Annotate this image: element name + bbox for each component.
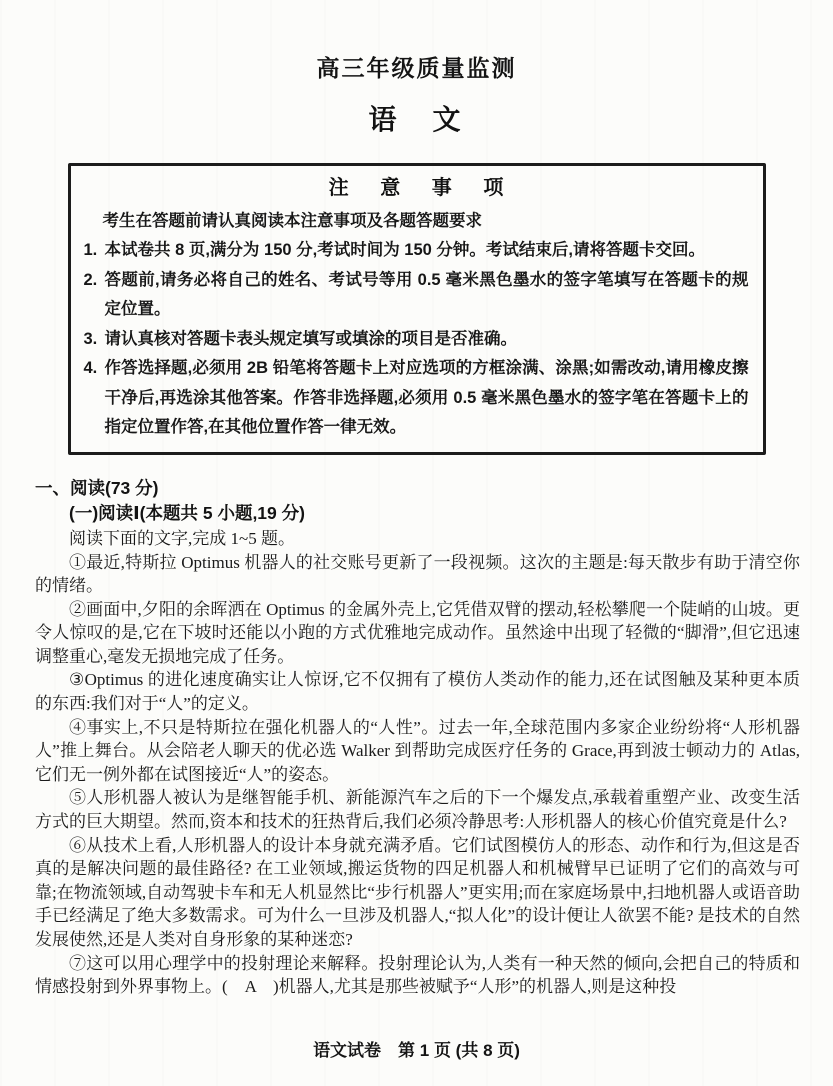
notice-item-1-number: 1. (84, 236, 105, 266)
passage-paragraph-3: ③Optimus 的进化速度确实让人惊讶,它不仅拥有了模仿人类动作的能力,还在试… (35, 668, 800, 715)
subject-title: 语 文 (0, 98, 833, 138)
notice-item-2: 2. 答题前,请务必将自己的姓名、考试号等用 0.5 毫米黑色墨水的签字笔填写在… (84, 266, 749, 325)
passage-paragraph-4: ④事实上,不只是特斯拉在强化机器人的“人性”。过去一年,全球范围内多家企业纷纷将… (35, 716, 800, 787)
notice-item-1-text: 本试卷共 8 页,满分为 150 分,考试时间为 150 分钟。考试结束后,请将… (105, 236, 749, 266)
exam-body: 一、阅读(73 分) (一)阅读Ⅰ(本题共 5 小题,19 分) 阅读下面的文字… (35, 476, 800, 999)
page-footer: 语文试卷 第 1 页 (共 8 页) (0, 1036, 833, 1061)
notice-item-3: 3. 请认真核对答题卡表头规定填写或填涂的项目是否准确。 (84, 325, 749, 355)
notice-title: 注 意 事 项 (84, 173, 749, 203)
notice-item-4-number: 4. (84, 354, 105, 443)
exam-page: 高三年级质量监测 语 文 注 意 事 项 考生在答题前请认真阅读本注意事项及各题… (0, 0, 833, 1086)
notice-item-4-text: 作答选择题,必须用 2B 铅笔将答题卡上对应选项的方框涂满、涂黑;如需改动,请用… (105, 354, 749, 443)
page-title: 高三年级质量监测 (0, 50, 833, 83)
notice-item-2-number: 2. (84, 266, 105, 325)
notice-item-3-text: 请认真核对答题卡表头规定填写或填涂的项目是否准确。 (105, 325, 749, 355)
passage-paragraph-1: ①最近,特斯拉 Optimus 机器人的社交账号更新了一段视频。这次的主题是:每… (35, 551, 800, 598)
notice-item-3-number: 3. (84, 325, 105, 355)
notice-box: 注 意 事 项 考生在答题前请认真阅读本注意事项及各题答题要求 1. 本试卷共 … (68, 163, 766, 455)
notice-intro: 考生在答题前请认真阅读本注意事项及各题答题要求 (103, 207, 749, 236)
section-heading-reading: 一、阅读(73 分) (35, 476, 800, 501)
reading-instruction: 阅读下面的文字,完成 1~5 题。 (35, 526, 800, 551)
passage-paragraph-7: ⑦这可以用心理学中的投射理论来解释。投射理论认为,人类有一种天然的倾向,会把自己… (35, 952, 800, 999)
subsection-heading-reading-1: (一)阅读Ⅰ(本题共 5 小题,19 分) (35, 501, 800, 526)
notice-item-4: 4. 作答选择题,必须用 2B 铅笔将答题卡上对应选项的方框涂满、涂黑;如需改动… (84, 354, 749, 443)
passage-paragraph-5: ⑤人形机器人被认为是继智能手机、新能源汽车之后的下一个爆发点,承载着重塑产业、改… (35, 786, 800, 833)
notice-item-2-text: 答题前,请务必将自己的姓名、考试号等用 0.5 毫米黑色墨水的签字笔填写在答题卡… (105, 266, 749, 325)
passage-paragraph-2: ②画面中,夕阳的余晖洒在 Optimus 的金属外壳上,它凭借双臂的摆动,轻松攀… (35, 598, 800, 669)
passage-paragraph-6: ⑥从技术上看,人形机器人的设计本身就充满矛盾。它们试图模仿人的形态、动作和行为,… (35, 834, 800, 952)
notice-item-1: 1. 本试卷共 8 页,满分为 150 分,考试时间为 150 分钟。考试结束后… (84, 236, 749, 266)
